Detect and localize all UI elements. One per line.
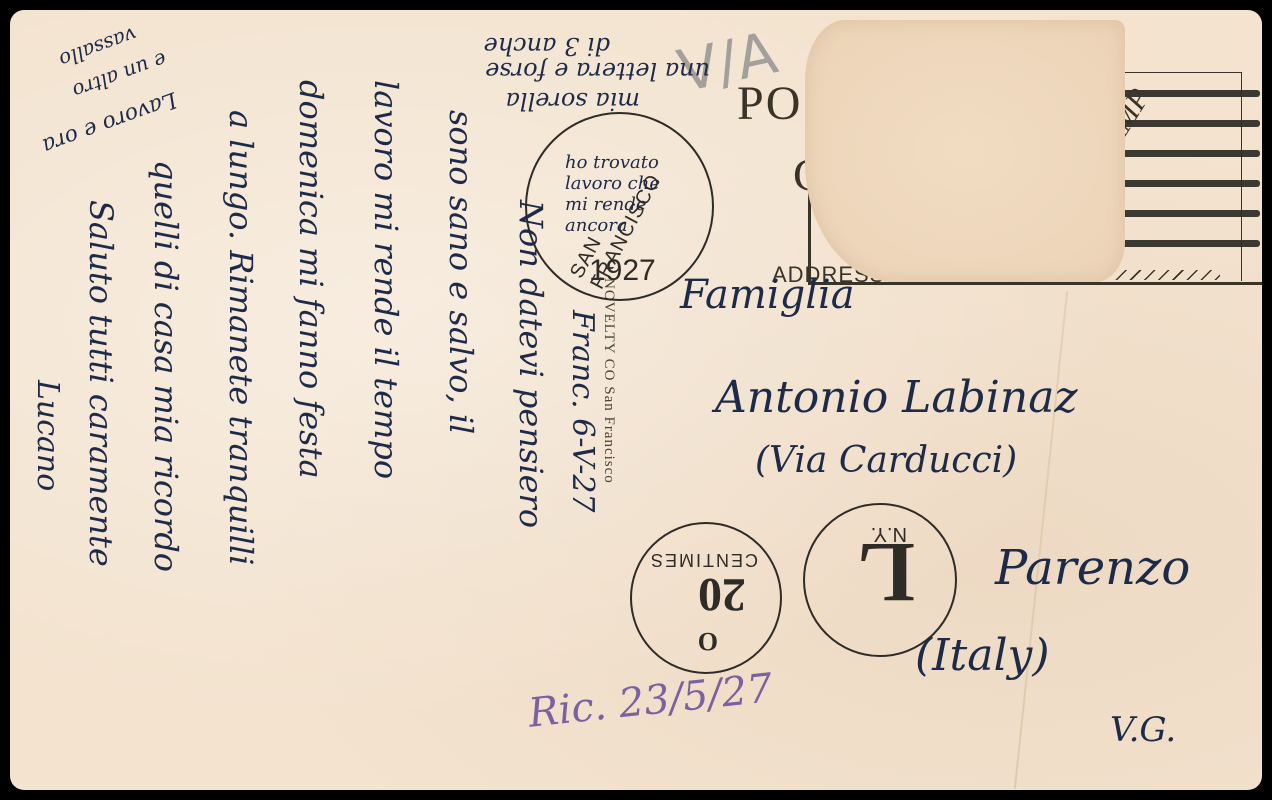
postage-due-postmark: O 20 CENTIMES (630, 522, 782, 674)
address-line-4: Parenzo (995, 540, 1190, 596)
message-line: a lungo. Rimanete tranquilli (222, 110, 260, 565)
torn-stamp-area (805, 20, 1125, 282)
address-line-3: (Via Carducci) (755, 440, 1017, 481)
message-line: quelli di casa mia ricordo (147, 160, 185, 572)
message-line: domenica mi fanno festa (292, 80, 330, 479)
message-line: lavoro mi rende il tempo (367, 80, 405, 479)
top-note-line: una lettera e forse (485, 57, 710, 85)
received-note: Ric. 23/5/27 (526, 665, 774, 736)
address-baseline (810, 282, 1262, 285)
corner-note-line: Lavoro e ora (39, 87, 180, 159)
message-signature: Lucano (30, 380, 65, 491)
postage-due-unit: CENTIMES (649, 549, 758, 570)
top-note-line: di 3 anche (484, 32, 610, 60)
overwrite-line: ho trovato (565, 152, 660, 173)
top-note-line: mia sorella (506, 87, 640, 115)
publisher-imprint: NOVELTY CO San Francisco (600, 278, 617, 484)
address-line-6: V.G. (1110, 710, 1176, 750)
address-line-5: (Italy) (915, 630, 1050, 681)
postcard: PO C ADDRESS STAMP V/A NOVELTY CO San Fr… (10, 10, 1262, 790)
overwrite-line: ancora (565, 215, 660, 236)
overwrite-line: lavoro che (565, 173, 660, 194)
postage-due-amount: 20 (698, 567, 746, 622)
message-line: Saluto tutti caramente (82, 200, 120, 567)
transit-letter: L (858, 523, 915, 623)
postmark-year: 1927 (589, 254, 656, 288)
postmark-overwrite-text: ho trovato lavoro che mi rende ancora (565, 152, 660, 236)
message-dateline: Franc. 6-V-27 (565, 310, 600, 513)
message-line: Non datevi pensiero (512, 200, 550, 528)
address-line-2: Antonio Labinaz (715, 372, 1078, 423)
message-line: sono sano e salvo, il (442, 110, 480, 434)
postage-due-code: O (698, 626, 718, 656)
overwrite-line: mi rende (565, 194, 660, 215)
address-line-1: Famiglia (680, 272, 855, 318)
